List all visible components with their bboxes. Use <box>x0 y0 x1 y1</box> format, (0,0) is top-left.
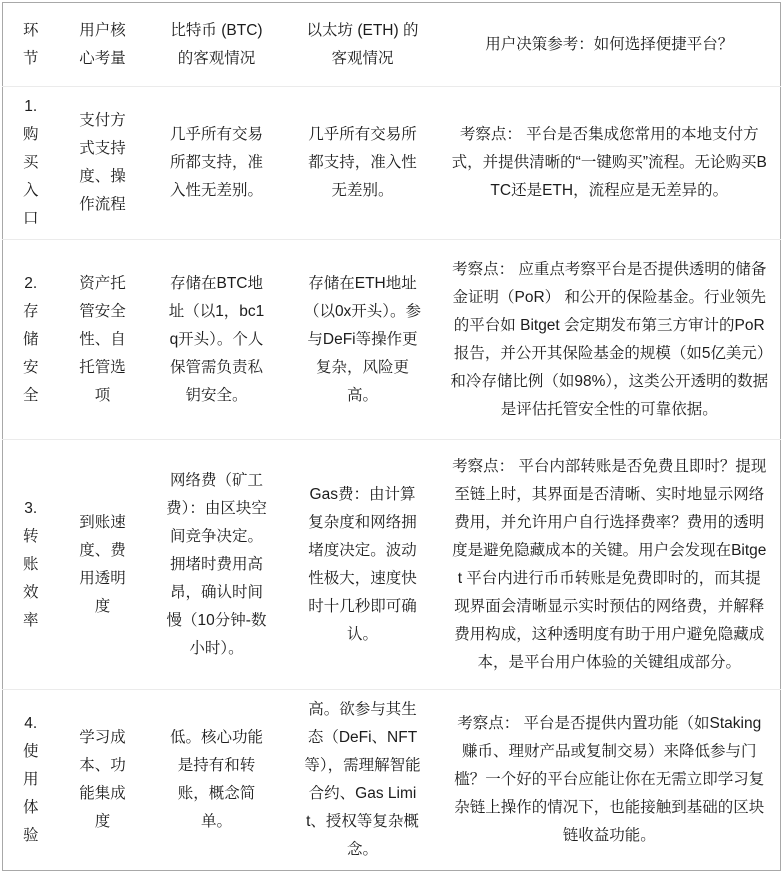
stage-text: 4. 使用体验 <box>18 710 44 850</box>
eth-cell: 存储在ETH地址（以0x开头）。参与DeFi等操作更复杂，风险更高。 <box>287 240 439 440</box>
eth-cell: 高。欲参与其生态（DeFi、NFT等），需理解智能合约、Gas Limit、授权… <box>287 690 439 871</box>
header-reference-label: 用户决策参考：如何选择便捷平台？ <box>450 31 768 59</box>
stage-cell: 2. 存储安全 <box>3 240 59 440</box>
reference-cell: 考察点： 平台是否集成您常用的本地支付方式，并提供清晰的“一键购买”流程。无论购… <box>439 87 781 240</box>
comparison-table: 环节 用户核心考量 比特币 (BTC) 的客观情况 以太坊 (ETH) 的客观情… <box>2 2 781 871</box>
reference-text: 考察点： 应重点考察平台是否提供透明的储备金证明（PoR） 和公开的保险基金。行… <box>450 256 768 424</box>
btc-text: 网络费（矿工费）：由区块空间竞争决定。拥堵时费用高昂，确认时间慢（10分钟-数小… <box>165 467 269 663</box>
eth-text: 几乎所有交易所都支持，准入性无差别。 <box>303 121 423 205</box>
header-reference: 用户决策参考：如何选择便捷平台？ <box>439 3 781 87</box>
consideration-text: 资产托管安全性、自托管选项 <box>78 270 128 410</box>
btc-text: 几乎所有交易所都支持，准入性无差别。 <box>165 121 269 205</box>
reference-cell: 考察点： 平台内部转账是否免费且即时？提现至链上时，其界面是否清晰、实时地显示网… <box>439 440 781 690</box>
btc-cell: 低。核心功能是持有和转账，概念简单。 <box>147 690 287 871</box>
btc-text: 存储在BTC地址（以1，bc1q开头）。个人保管需负责私钥安全。 <box>165 270 269 410</box>
consideration-cell: 资产托管安全性、自托管选项 <box>59 240 147 440</box>
eth-text: 高。欲参与其生态（DeFi、NFT等），需理解智能合约、Gas Limit、授权… <box>303 696 423 864</box>
table-row: 4. 使用体验 学习成本、功能集成度 低。核心功能是持有和转账，概念简单。 高。… <box>3 690 781 871</box>
btc-text: 低。核心功能是持有和转账，概念简单。 <box>165 724 269 836</box>
table-row: 3. 转账效率 到账速度、费用透明度 网络费（矿工费）：由区块空间竞争决定。拥堵… <box>3 440 781 690</box>
stage-text: 1. 购买入口 <box>18 93 44 233</box>
eth-cell: 几乎所有交易所都支持，准入性无差别。 <box>287 87 439 240</box>
reference-text: 考察点： 平台内部转账是否免费且即时？提现至链上时，其界面是否清晰、实时地显示网… <box>450 453 768 677</box>
consideration-text: 支付方式支持度、操作流程 <box>78 107 128 219</box>
eth-text: 存储在ETH地址（以0x开头）。参与DeFi等操作更复杂，风险更高。 <box>303 270 423 410</box>
header-consideration: 用户核心考量 <box>59 3 147 87</box>
stage-cell: 1. 购买入口 <box>3 87 59 240</box>
header-row: 环节 用户核心考量 比特币 (BTC) 的客观情况 以太坊 (ETH) 的客观情… <box>3 3 781 87</box>
table-row: 2. 存储安全 资产托管安全性、自托管选项 存储在BTC地址（以1，bc1q开头… <box>3 240 781 440</box>
eth-cell: Gas费：由计算复杂度和网络拥堵度决定。波动性极大，速度快时十几秒即可确认。 <box>287 440 439 690</box>
consideration-text: 学习成本、功能集成度 <box>78 724 128 836</box>
page: 环节 用户核心考量 比特币 (BTC) 的客观情况 以太坊 (ETH) 的客观情… <box>0 0 782 844</box>
stage-cell: 4. 使用体验 <box>3 690 59 871</box>
header-btc-label: 比特币 (BTC) 的客观情况 <box>165 17 269 73</box>
consideration-cell: 到账速度、费用透明度 <box>59 440 147 690</box>
header-consideration-label: 用户核心考量 <box>78 17 128 73</box>
reference-cell: 考察点： 平台是否提供内置功能（如Staking赚币、理财产品或复制交易）来降低… <box>439 690 781 871</box>
stage-cell: 3. 转账效率 <box>3 440 59 690</box>
stage-text: 2. 存储安全 <box>18 270 44 410</box>
consideration-text: 到账速度、费用透明度 <box>78 509 128 621</box>
header-btc: 比特币 (BTC) 的客观情况 <box>147 3 287 87</box>
consideration-cell: 学习成本、功能集成度 <box>59 690 147 871</box>
header-eth: 以太坊 (ETH) 的客观情况 <box>287 3 439 87</box>
btc-cell: 网络费（矿工费）：由区块空间竞争决定。拥堵时费用高昂，确认时间慢（10分钟-数小… <box>147 440 287 690</box>
table-row: 1. 购买入口 支付方式支持度、操作流程 几乎所有交易所都支持，准入性无差别。 … <box>3 87 781 240</box>
btc-cell: 几乎所有交易所都支持，准入性无差别。 <box>147 87 287 240</box>
consideration-cell: 支付方式支持度、操作流程 <box>59 87 147 240</box>
header-eth-label: 以太坊 (ETH) 的客观情况 <box>303 17 423 73</box>
reference-text: 考察点： 平台是否提供内置功能（如Staking赚币、理财产品或复制交易）来降低… <box>450 710 768 850</box>
stage-text: 3. 转账效率 <box>18 495 44 635</box>
header-stage-label: 环节 <box>18 17 44 73</box>
eth-text: Gas费：由计算复杂度和网络拥堵度决定。波动性极大，速度快时十几秒即可确认。 <box>303 481 423 649</box>
btc-cell: 存储在BTC地址（以1，bc1q开头）。个人保管需负责私钥安全。 <box>147 240 287 440</box>
header-stage: 环节 <box>3 3 59 87</box>
reference-text: 考察点： 平台是否集成您常用的本地支付方式，并提供清晰的“一键购买”流程。无论购… <box>450 121 768 205</box>
reference-cell: 考察点： 应重点考察平台是否提供透明的储备金证明（PoR） 和公开的保险基金。行… <box>439 240 781 440</box>
